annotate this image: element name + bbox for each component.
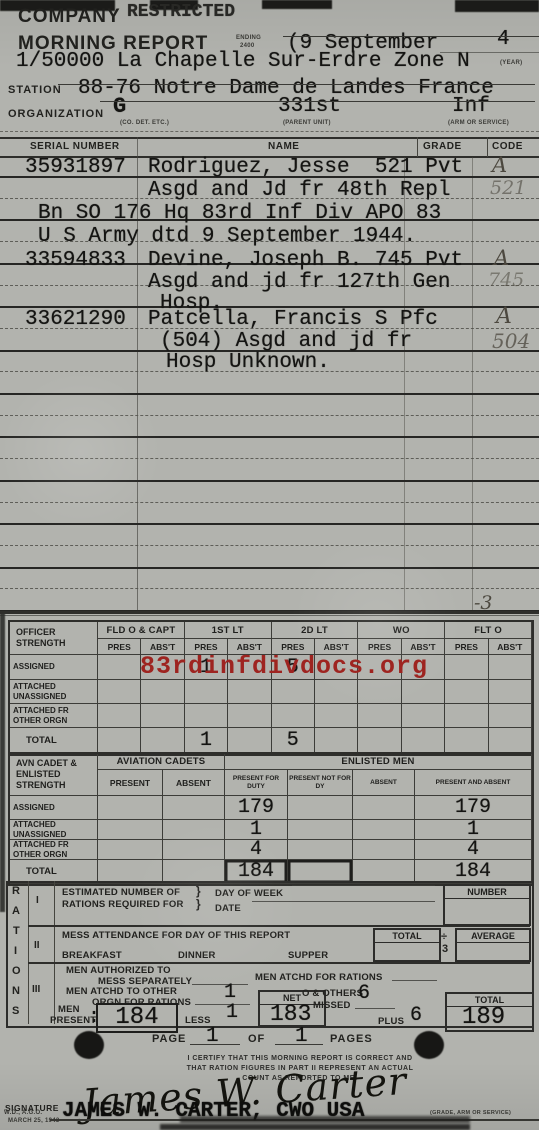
missed-line	[355, 1008, 395, 1009]
form-id-line-1: W.D., A.G.O.	[4, 1110, 42, 1116]
enlisted-cell: 4	[415, 840, 532, 860]
rations-numeral-2: II	[34, 940, 40, 951]
estimated-number-label-1: ESTIMATED NUMBER OF	[62, 887, 180, 898]
mess-total-label: TOTAL	[375, 930, 439, 943]
organization-label: ORGANIZATION	[8, 108, 104, 120]
plus-value: 6	[410, 1006, 422, 1026]
number-box: NUMBER	[443, 884, 531, 926]
enlisted-row-label: ATTACHED UNASSIGNED	[10, 820, 98, 840]
company-label: COMPANY	[18, 6, 121, 28]
roster-bottom-line-2	[0, 615, 539, 616]
officer-cell	[402, 704, 445, 728]
restricted-stamp: RESTRICTED	[127, 3, 235, 21]
orgn-rations-line	[195, 1004, 250, 1005]
brace-glyph: }	[196, 897, 201, 911]
date-underline	[283, 36, 539, 37]
rations-letter: A	[12, 905, 20, 917]
enlisted-cell: 179	[415, 796, 532, 820]
estimated-number-label-2: RATIONS REQUIRED FOR	[62, 899, 184, 910]
officer-cell	[272, 704, 315, 728]
rations-letter: N	[12, 985, 20, 997]
officer-cell	[98, 704, 141, 728]
enlisted-row-label: ATTACHED FR OTHER ORGN	[10, 840, 98, 860]
enlisted-subheader: PRESENT AND ABSENT	[415, 770, 532, 796]
o-and-others-label: O & OTHERS	[302, 988, 363, 999]
year-underline	[440, 52, 539, 53]
officer-subheader: ABS'T	[489, 639, 532, 655]
enlisted-subheader: ABSENT	[163, 770, 225, 796]
officer-cell	[445, 680, 488, 704]
officer-cell	[445, 704, 488, 728]
officer-cell: 1	[185, 728, 228, 754]
divider-line	[0, 131, 539, 132]
film-edge	[0, 612, 5, 912]
ending-label: ENDING	[236, 35, 261, 41]
officer-subheader: PRES	[445, 639, 488, 655]
brace-glyph: }	[196, 884, 201, 898]
officer-row-label: ATTACHED FR OTHER ORGN	[10, 704, 98, 728]
officer-cell	[402, 680, 445, 704]
officer-cell	[228, 680, 271, 704]
org-arm-field-label: (ARM OR SERVICE)	[448, 120, 509, 126]
ruled-line	[0, 567, 539, 569]
enlisted-cell	[163, 840, 225, 860]
roster-bottom-line	[0, 611, 539, 614]
roster-text: (504) Asgd and jd fr	[160, 331, 412, 352]
map-reference-line: 1/50000 La Chapelle Sur-Erdre Zone N	[16, 51, 470, 72]
of-label: OF	[248, 1033, 265, 1045]
roster-text: Bn SO 176 Hq 83rd Inf Div APO 83	[38, 203, 441, 224]
rations-vline	[28, 881, 29, 1024]
enlisted-subheader: PRESENT	[98, 770, 163, 796]
rations-divider	[28, 962, 530, 964]
enlisted-cell	[288, 840, 353, 860]
missed-value: 6	[358, 984, 370, 1004]
officer-cell	[445, 728, 488, 754]
certify-line-1: I CERTIFY THAT THIS MORNING REPORT IS CO…	[120, 1055, 480, 1062]
org-parent-value: 331st	[278, 96, 341, 117]
officer-group-1st-lt: 1ST LT	[185, 622, 272, 639]
enlisted-cell	[163, 796, 225, 820]
officer-cell	[272, 680, 315, 704]
supper-label: SUPPER	[288, 950, 328, 961]
page-edge-bar	[455, 0, 539, 12]
date-line	[252, 901, 435, 902]
officer-subheader: PRES	[98, 639, 141, 655]
form-id-line-2: MARCH 25, 1943	[8, 1118, 60, 1124]
divide-sign: ÷	[441, 931, 447, 943]
rations-letter: O	[12, 965, 21, 977]
rations-letter: T	[13, 925, 20, 937]
ruled-line	[0, 415, 539, 416]
roster-text: Patcella, Francis S Pfc	[148, 309, 438, 330]
enlisted-subheader: ABSENT	[353, 770, 415, 796]
ruled-line	[0, 393, 539, 395]
officer-cell	[402, 728, 445, 754]
officer-cell	[358, 680, 401, 704]
enlisted-cell: 1	[225, 820, 288, 840]
officer-cell	[141, 704, 184, 728]
enlisted-men-group: ENLISTED MEN	[225, 754, 532, 770]
ruled-line	[0, 545, 539, 546]
ruled-line	[0, 458, 539, 459]
enlisted-cell: 1	[415, 820, 532, 840]
officer-group-fldo-capt: FLD O & CAPT	[98, 622, 185, 639]
station-label: STATION	[8, 84, 62, 96]
officer-cell	[141, 728, 184, 754]
officer-cell	[98, 655, 141, 680]
roster-text: Asgd and jd fr 127th Gen	[148, 272, 450, 293]
ruled-line	[0, 480, 539, 482]
dinner-label: DINNER	[178, 950, 216, 961]
officer-cell: 5	[272, 728, 315, 754]
enlisted-cell	[353, 820, 415, 840]
enlisted-strength-table: AVN CADET & ENLISTED STRENGTH AVIATION C…	[8, 752, 534, 886]
org-arm-value: Inf	[452, 96, 490, 117]
mess-average-box: AVERAGE	[455, 928, 531, 962]
officer-cell	[228, 704, 271, 728]
roster-top-line	[0, 137, 539, 139]
officer-group-wo: WO	[358, 622, 445, 639]
mess-separately-line	[192, 984, 248, 985]
roster-text: Hosp Unknown.	[166, 352, 330, 373]
men-authorized-label: MEN AUTHORIZED TO	[66, 965, 171, 976]
morning-report-scan: COMPANY RESTRICTED MORNING REPORT ENDING…	[0, 0, 539, 1130]
org-company-value: G	[113, 96, 126, 118]
ink-smudge	[180, 1116, 470, 1123]
date-label: DATE	[215, 903, 241, 914]
enlisted-cell: 4	[225, 840, 288, 860]
mess-average-label: AVERAGE	[457, 930, 529, 943]
missed-label: MISSED	[313, 1000, 351, 1011]
organization-underline	[100, 101, 535, 102]
men-label: MEN	[58, 1004, 80, 1015]
rations-vline	[54, 881, 55, 1024]
station-underline	[58, 84, 535, 85]
less-value: 1	[226, 1003, 238, 1023]
column-separator	[417, 137, 418, 157]
breakfast-label: BREAKFAST	[62, 950, 122, 961]
officer-cell	[489, 680, 532, 704]
plus-label: PLUS	[378, 1016, 404, 1027]
enlisted-cell	[288, 796, 353, 820]
page-edge-bar	[262, 0, 332, 9]
code-mark: 745	[488, 269, 524, 291]
serial-number: 35931897	[25, 157, 126, 178]
ruled-line	[0, 502, 539, 503]
aviation-cadets-group: AVIATION CADETS	[98, 754, 225, 770]
mess-attendance-label: MESS ATTENDANCE FOR DAY OF THIS REPORT	[62, 930, 290, 941]
serial-number: 33594833	[25, 250, 126, 271]
code-mark: A	[494, 246, 509, 270]
day-of-week-label: DAY OF WEEK	[215, 888, 283, 899]
page-number-line	[190, 1044, 240, 1045]
atchd-rations-value: 1	[224, 983, 236, 1003]
officer-strength-title: OFFICER STRENGTH	[10, 622, 98, 655]
report-year-value: 4	[497, 29, 510, 50]
code-mark: 504	[492, 329, 530, 353]
ruled-line	[0, 588, 539, 589]
serial-number: 33621290	[25, 309, 126, 330]
page-label: PAGE	[152, 1033, 186, 1045]
officer-strength-table: OFFICER STRENGTH FLD O & CAPT 1ST LT 2D …	[8, 620, 534, 756]
officer-cell	[98, 728, 141, 754]
men-present-box: 184	[96, 1003, 178, 1033]
officer-group-2d-lt: 2D LT	[272, 622, 359, 639]
enlisted-strength-title: AVN CADET & ENLISTED STRENGTH	[10, 754, 98, 796]
men-present-value: 184	[115, 1006, 158, 1030]
code-mark: A	[496, 304, 512, 329]
rations-numeral-3: III	[32, 984, 40, 995]
enlisted-cell: 179	[225, 796, 288, 820]
punch-hole-left	[74, 1031, 104, 1059]
officer-cell	[358, 728, 401, 754]
rations-letter: I	[14, 945, 17, 957]
column-separator	[487, 137, 488, 157]
officer-cell	[98, 680, 141, 704]
roster-text: Devine, Joseph B. 745 Pvt	[148, 250, 463, 271]
rations-letter: R	[12, 885, 20, 897]
roster-text: Rodriguez, Jesse 521 Pvt	[148, 157, 463, 178]
rations-numeral-1: I	[36, 895, 39, 906]
pages-label: PAGES	[330, 1033, 373, 1045]
column-header-grade: GRADE	[423, 141, 462, 152]
officer-group-flt-o: FLT O	[445, 622, 532, 639]
org-company-field-label: (CO. DET. ETC.)	[120, 120, 169, 126]
enlisted-subheader: PRESENT NOT FOR DY	[288, 770, 353, 796]
enlisted-row-label: ASSIGNED	[10, 796, 98, 820]
officer-cell	[185, 704, 228, 728]
officer-row-label: ASSIGNED	[10, 655, 98, 680]
page-edge-smudge	[160, 1124, 470, 1130]
code-mark: A	[492, 153, 507, 177]
enlisted-cell	[98, 840, 163, 860]
pages-number-line	[275, 1044, 323, 1045]
officer-cell	[445, 655, 488, 680]
ruled-line	[0, 523, 539, 525]
number-box-label: NUMBER	[445, 886, 529, 899]
officer-cell	[358, 704, 401, 728]
enlisted-subheader: PRESENT FOR DUTY	[225, 770, 288, 796]
officer-cell	[489, 728, 532, 754]
enlisted-cell	[98, 820, 163, 840]
officer-cell	[315, 728, 358, 754]
website-watermark: 83rdinfdivdocs.org	[140, 652, 428, 681]
org-parent-field-label: (PARENT UNIT)	[283, 120, 331, 126]
officer-cell	[315, 704, 358, 728]
officer-cell	[141, 680, 184, 704]
divisor-three: 3	[442, 943, 448, 955]
officer-row-label: ATTACHED UNASSIGNED	[10, 680, 98, 704]
rations-letter: S	[12, 1005, 19, 1017]
officer-cell	[315, 680, 358, 704]
roster-text: Asgd and Jd fr 48th Repl	[148, 180, 450, 201]
column-header-name: NAME	[268, 141, 299, 152]
day-of-week-line	[292, 885, 435, 886]
men-atchd-line	[392, 980, 437, 981]
rations-total-value: 189	[462, 1006, 505, 1030]
code-mark: 521	[490, 177, 526, 199]
men-atchd-other-label: MEN ATCHD TO OTHER	[66, 986, 177, 997]
officer-cell	[185, 680, 228, 704]
officer-cell	[228, 728, 271, 754]
year-field-label: (YEAR)	[500, 60, 522, 66]
enlisted-cell	[288, 820, 353, 840]
ending-time: 2400	[240, 43, 255, 49]
roster-text: U S Army dtd 9 September 1944.	[38, 226, 416, 247]
officer-total-label: TOTAL	[10, 728, 98, 754]
officer-cell	[489, 704, 532, 728]
net-value: 183	[270, 1003, 311, 1026]
enlisted-cell	[98, 796, 163, 820]
officer-cell	[489, 655, 532, 680]
mess-total-box: TOTAL	[373, 928, 441, 962]
enlisted-cell	[353, 840, 415, 860]
column-header-serial: SERIAL NUMBER	[30, 141, 120, 152]
enlisted-cell	[163, 820, 225, 840]
enlisted-cell	[353, 796, 415, 820]
column-header-code: CODE	[492, 141, 523, 152]
ruled-line	[0, 436, 539, 438]
